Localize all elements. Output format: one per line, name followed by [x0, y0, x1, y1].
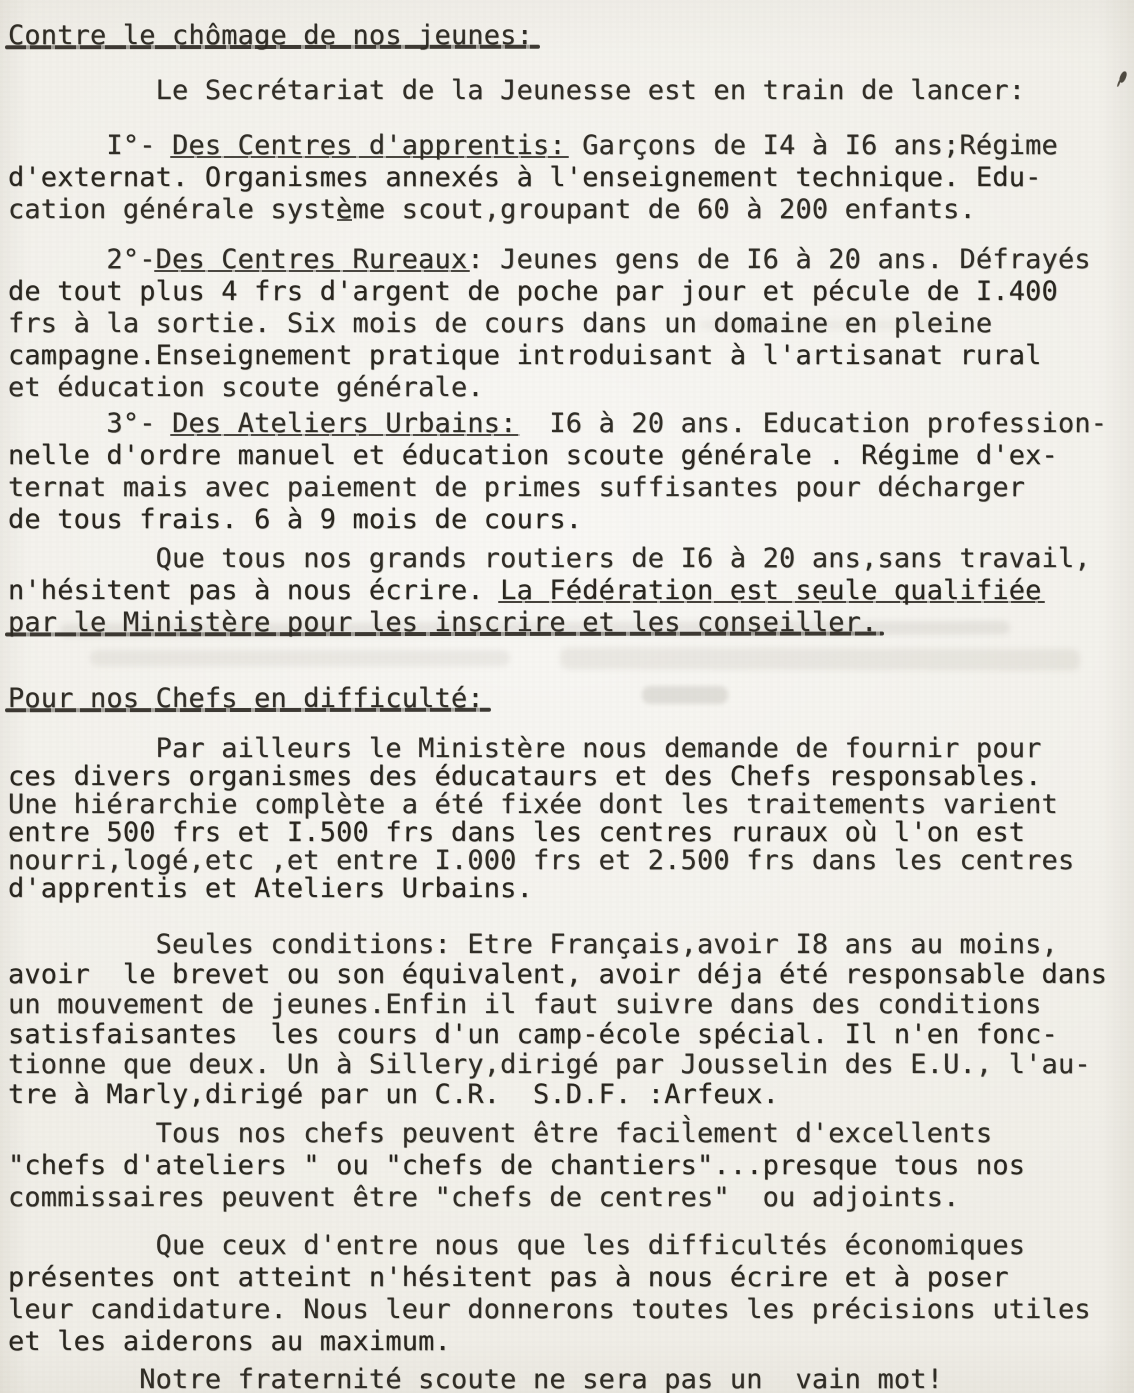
text-segment: tre à Marly,dirigé par un C.R. S.D.F. :A…	[8, 1080, 779, 1110]
text-line: présentes ont atteint n'hésitent pas à n…	[8, 1262, 1126, 1294]
text-line: Contre le chômage de nos jeunes:	[8, 20, 1126, 52]
text-segment: 2°-	[8, 244, 156, 276]
document-body: Contre le chômage de nos jeunes: Le Secr…	[8, 20, 1126, 1393]
text-segment: Garçons de I4 à I6 ans;Régime	[566, 130, 1058, 162]
text-segment: nelle d'ordre manuel et éducation scoute…	[8, 440, 1058, 472]
text-line: 3°- Des Ateliers Urbains: I6 à 20 ans. E…	[8, 408, 1126, 440]
text-segment: Seules conditions: Etre Français,avoir I…	[8, 930, 1058, 960]
text-line: Tous nos chefs peuvent être facil̀ement …	[8, 1118, 1126, 1150]
text-segment: Par ailleurs le Ministère nous demande d…	[8, 735, 1042, 763]
text-segment: Notre fraternité scoute ne sera pas un v…	[8, 1364, 943, 1393]
text-segment: tionne que deux. Un à Sillery,dirigé par…	[8, 1050, 1091, 1080]
para-routiers-appel: Que tous nos grands routiers de I6 à 20 …	[8, 543, 1126, 639]
heading-chefs-difficulte: Pour nos Chefs en difficulté:	[8, 683, 1126, 715]
text-line: nourri,logé,etc ,et entre I.000 frs et 2…	[8, 847, 1126, 875]
underlined-text: Des Ateliers Urbains:	[172, 408, 517, 440]
text-segment: 3°-	[8, 408, 172, 440]
underlined-text: La Fédération est seule qualifiée	[500, 575, 1041, 607]
underlined-text: par le Ministère pour les inscrire et le…	[8, 607, 877, 639]
text-line: avoir le brevet ou son équivalent, avoir…	[8, 960, 1126, 990]
para-ministere-hierarchie: Par ailleurs le Ministère nous demande d…	[8, 735, 1126, 903]
text-segment: campagne.Enseignement pratique introduis…	[8, 340, 1042, 372]
text-line: entre 500 frs et I.500 frs dans les cent…	[8, 819, 1126, 847]
para-fraternite: Notre fraternité scoute ne sera pas un v…	[8, 1364, 1126, 1393]
underlined-text: Pour nos Chefs en difficulté:	[8, 683, 484, 715]
text-line: Une hiérarchie complète a été fixée dont…	[8, 791, 1126, 819]
text-line: I°- Des Centres d'apprentis: Garçons de …	[8, 130, 1126, 162]
text-line: Par ailleurs le Ministère nous demande d…	[8, 735, 1126, 763]
text-line: commissaires peuvent être "chefs de cent…	[8, 1182, 1126, 1214]
underlined-text: Contre le chômage de nos jeunes:	[8, 20, 533, 52]
text-line: et les aiderons au maximum.	[8, 1326, 1126, 1358]
item-ateliers-urbains: 3°- Des Ateliers Urbains: I6 à 20 ans. E…	[8, 408, 1126, 536]
text-segment: et les aiderons au maximum.	[8, 1326, 451, 1358]
text-segment: d'externat. Organismes annexés à l'ensei…	[8, 162, 1042, 194]
para-chefs-ateliers: Tous nos chefs peuvent être facil̀ement …	[8, 1118, 1126, 1214]
text-segment: satisfaisantes les cours d'un camp-école…	[8, 1020, 1058, 1050]
text-segment: Que tous nos grands routiers de I6 à 20 …	[8, 543, 1091, 575]
text-line: ternat mais avec paiement de primes suff…	[8, 472, 1126, 504]
text-segment: commissaires peuvent être "chefs de cent…	[8, 1182, 960, 1214]
text-segment: de tous frais. 6 à 9 mois de cours.	[8, 504, 582, 536]
para-seules-conditions: Seules conditions: Etre Français,avoir I…	[8, 930, 1126, 1110]
text-segment: me scout,groupant de 60 à 200 enfants.	[353, 194, 976, 226]
heading-chomage-jeunes: Contre le chômage de nos jeunes:	[8, 20, 1126, 52]
para-secretariat-intro: Le Secrétariat de la Jeunesse est en tra…	[8, 75, 1126, 107]
underlined-text: è	[336, 194, 352, 226]
text-line: campagne.Enseignement pratique introduis…	[8, 340, 1126, 372]
text-segment: n'hésitent pas à nous écrire.	[8, 575, 500, 607]
text-segment: I6 à 20 ans. Education profession-	[517, 408, 1108, 440]
text-line: n'hésitent pas à nous écrire. La Fédérat…	[8, 575, 1126, 607]
text-segment: avoir le brevet ou son équivalent, avoir…	[8, 960, 1107, 990]
text-segment: Une hiérarchie complète a été fixée dont…	[8, 791, 1058, 819]
text-line: Que tous nos grands routiers de I6 à 20 …	[8, 543, 1126, 575]
text-line: de tout plus 4 frs d'argent de poche par…	[8, 276, 1126, 308]
text-segment: présentes ont atteint n'hésitent pas à n…	[8, 1262, 1009, 1294]
item-centres-apprentis: I°- Des Centres d'apprentis: Garçons de …	[8, 130, 1126, 226]
underlined-text: Des Centres d'apprentis:	[172, 130, 566, 162]
text-line: un mouvement de jeunes.Enfin il faut sui…	[8, 990, 1126, 1020]
text-line: Pour nos Chefs en difficulté:	[8, 683, 1126, 715]
text-line: de tous frais. 6 à 9 mois de cours.	[8, 504, 1126, 536]
text-line: "chefs d'ateliers " ou "chefs de chantie…	[8, 1150, 1126, 1182]
text-line: Que ceux d'entre nous que les difficulté…	[8, 1230, 1126, 1262]
para-candidature: Que ceux d'entre nous que les difficulté…	[8, 1230, 1126, 1358]
text-line: Le Secrétariat de la Jeunesse est en tra…	[8, 75, 1126, 107]
text-line: ces divers organismes des éducataurs et …	[8, 763, 1126, 791]
text-line: par le Ministère pour les inscrire et le…	[8, 607, 1126, 639]
text-line: cation générale système scout,groupant d…	[8, 194, 1126, 226]
text-line: leur candidature. Nous leur donnerons to…	[8, 1294, 1126, 1326]
text-segment: cation générale syst	[8, 194, 336, 226]
text-line: frs à la sortie. Six mois de cours dans …	[8, 308, 1126, 340]
text-line: satisfaisantes les cours d'un camp-école…	[8, 1020, 1126, 1050]
text-line: Notre fraternité scoute ne sera pas un v…	[8, 1364, 1126, 1393]
text-segment: ternat mais avec paiement de primes suff…	[8, 472, 1025, 504]
text-segment: Le Secrétariat de la Jeunesse est en tra…	[8, 75, 1025, 107]
text-segment: entre 500 frs et I.500 frs dans les cent…	[8, 819, 1025, 847]
text-segment: et éducation scoute générale.	[8, 372, 484, 404]
underlined-text: Des Centres Rureaux	[156, 244, 468, 276]
text-line: et éducation scoute générale.	[8, 372, 1126, 404]
text-line: tre à Marly,dirigé par un C.R. S.D.F. :A…	[8, 1080, 1126, 1110]
text-segment: frs à la sortie. Six mois de cours dans …	[8, 308, 992, 340]
text-segment: un mouvement de jeunes.Enfin il faut sui…	[8, 990, 1042, 1020]
text-segment: ces divers organismes des éducataurs et …	[8, 763, 1042, 791]
text-segment: d'apprentis et Ateliers Urbains.	[8, 875, 533, 903]
text-segment: Que ceux d'entre nous que les difficulté…	[8, 1230, 1025, 1262]
text-segment: : Jeunes gens de I6 à 20 ans. Défrayés	[467, 244, 1090, 276]
text-line: tionne que deux. Un à Sillery,dirigé par…	[8, 1050, 1126, 1080]
text-segment: I°-	[8, 130, 172, 162]
text-segment: nourri,logé,etc ,et entre I.000 frs et 2…	[8, 847, 1074, 875]
text-line: 2°-Des Centres Rureaux: Jeunes gens de I…	[8, 244, 1126, 276]
text-segment: leur candidature. Nous leur donnerons to…	[8, 1294, 1091, 1326]
text-segment: "chefs d'ateliers " ou "chefs de chantie…	[8, 1150, 1025, 1182]
text-line: Seules conditions: Etre Français,avoir I…	[8, 930, 1126, 960]
text-line: d'externat. Organismes annexés à l'ensei…	[8, 162, 1126, 194]
text-segment: de tout plus 4 frs d'argent de poche par…	[8, 276, 1058, 308]
text-line: d'apprentis et Ateliers Urbains.	[8, 875, 1126, 903]
text-line: nelle d'ordre manuel et éducation scoute…	[8, 440, 1126, 472]
page: { "page": { "paper_color": "#f0eee7", "i…	[0, 0, 1134, 1393]
item-centres-ruraux: 2°-Des Centres Rureaux: Jeunes gens de I…	[8, 244, 1126, 404]
text-segment: Tous nos chefs peuvent être facil̀ement …	[8, 1118, 992, 1150]
